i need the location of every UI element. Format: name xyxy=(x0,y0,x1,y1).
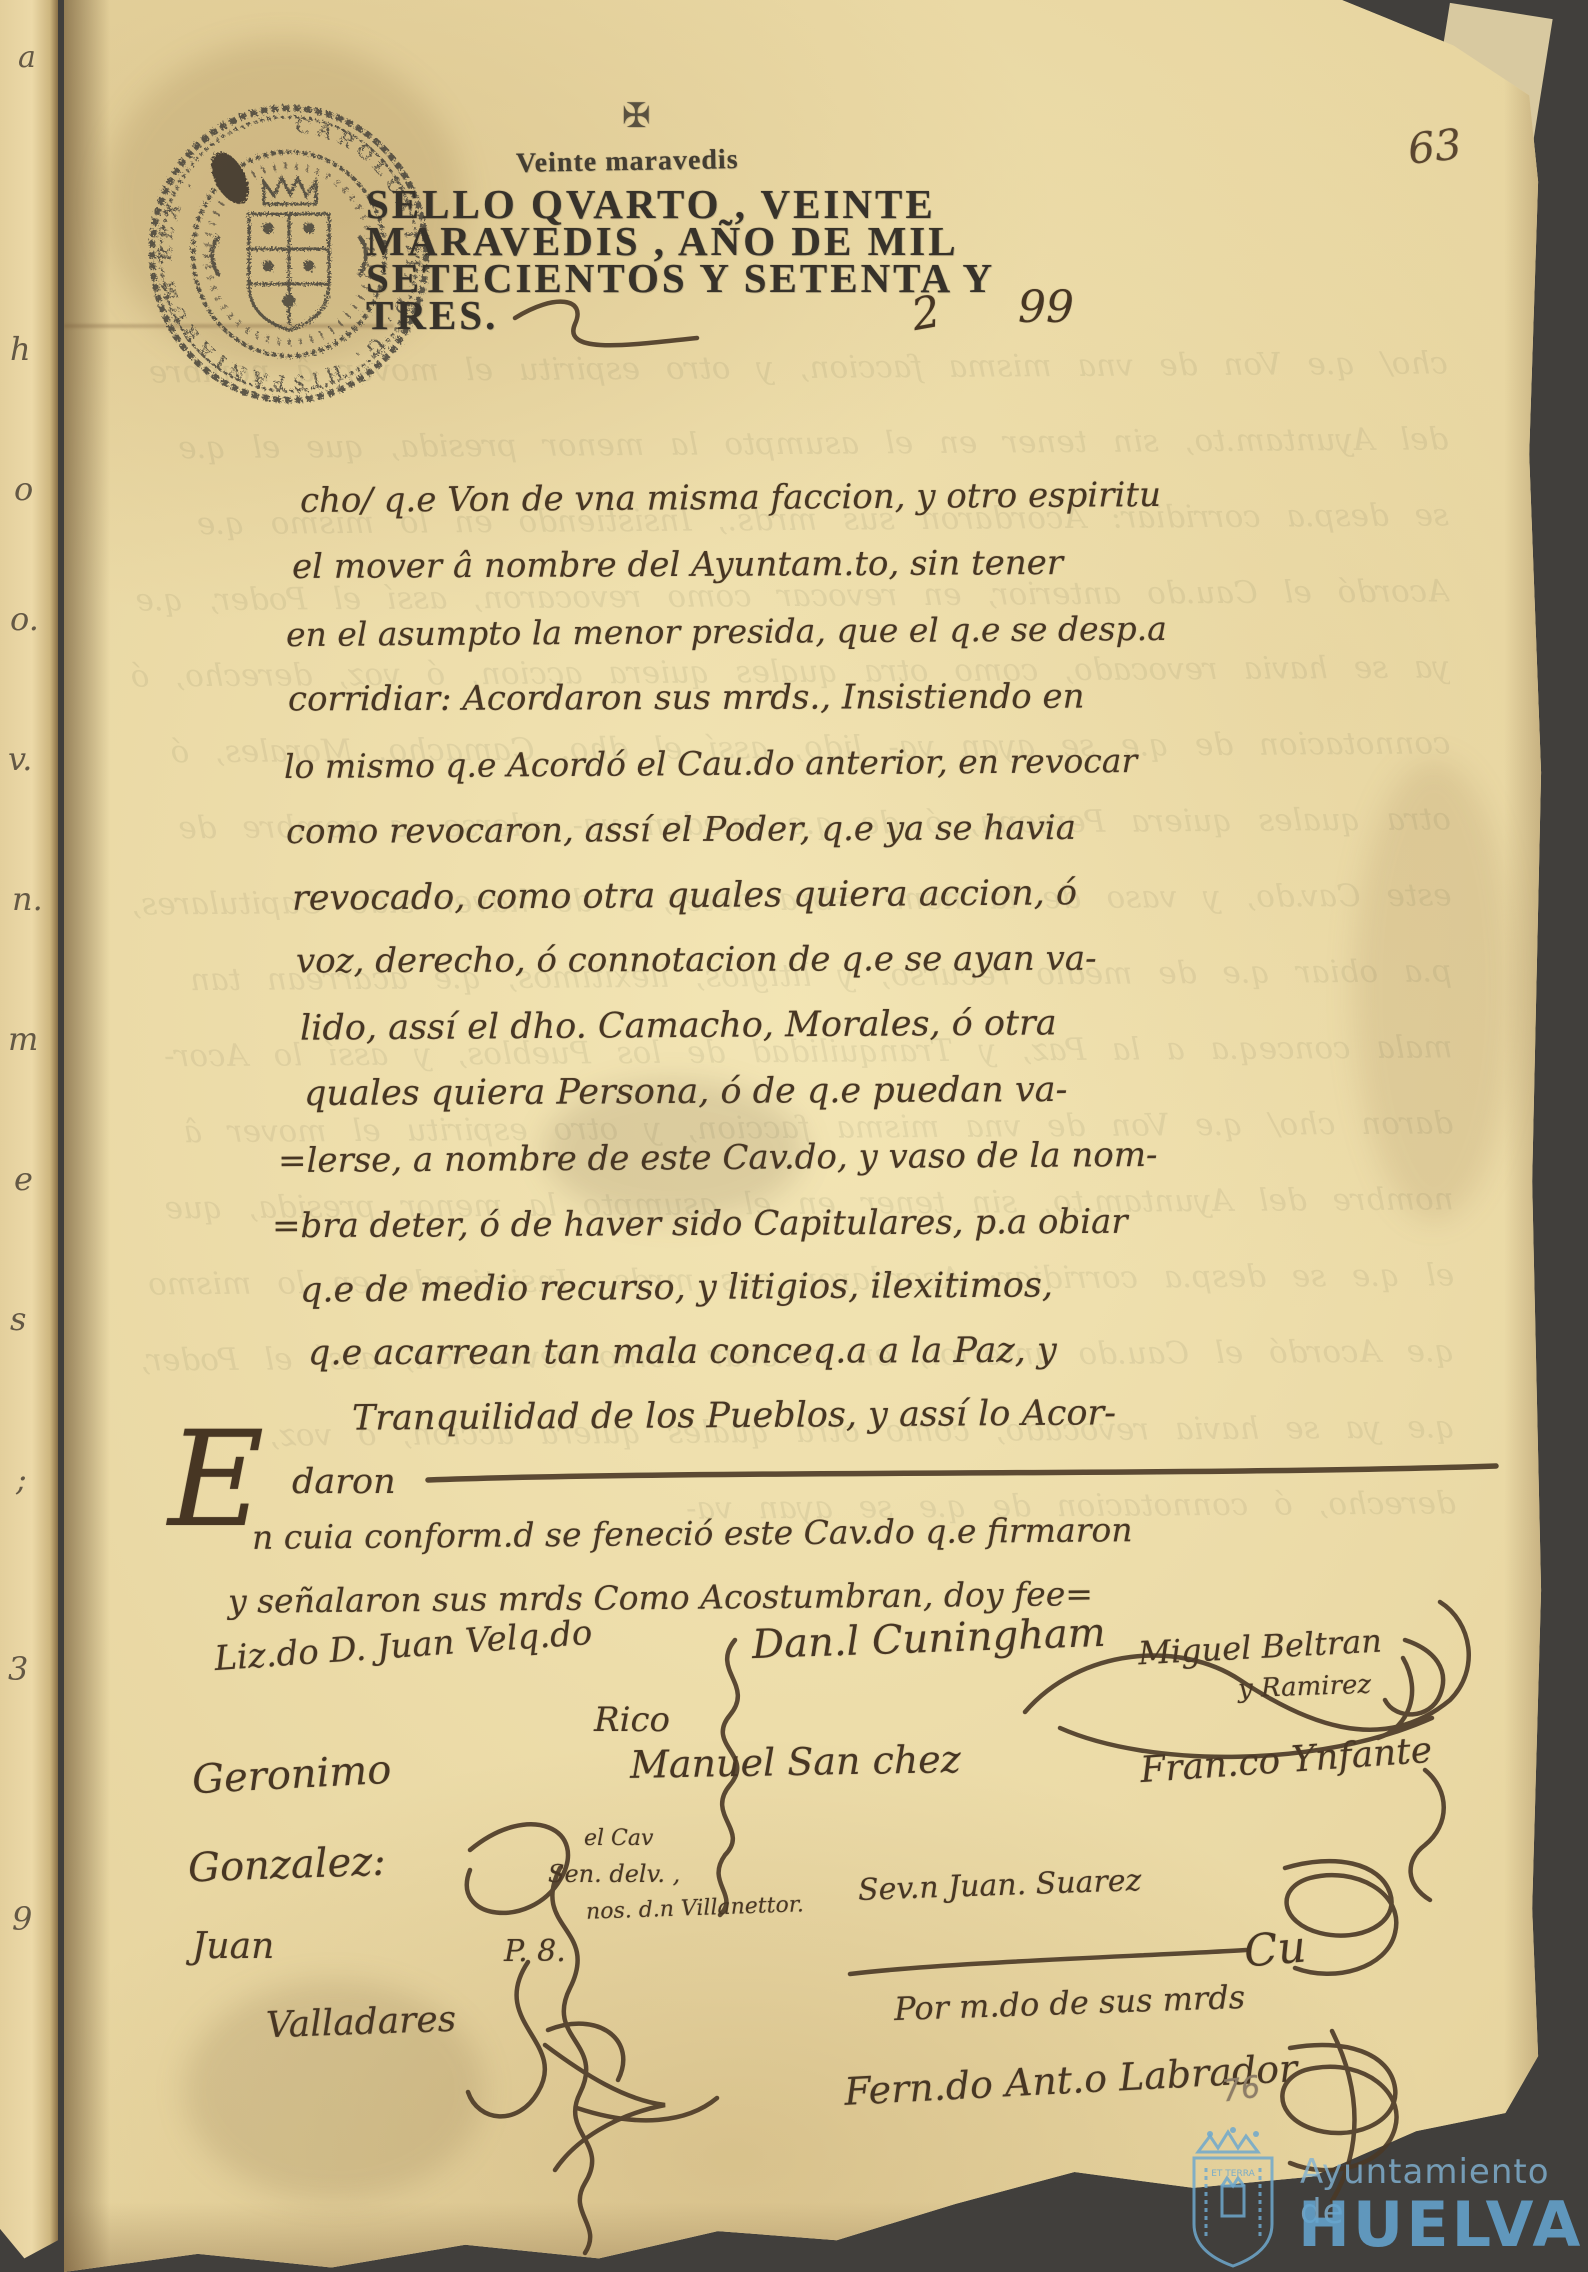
edge-text-fragment: o. xyxy=(10,600,39,638)
body-line: =lerse, a nombre de este Cav.do, y vaso … xyxy=(278,1135,1158,1181)
logo-crown xyxy=(1198,2132,1258,2152)
body-line: daron xyxy=(292,1462,396,1502)
printed-cross-mark: ✠ xyxy=(622,96,651,136)
signature-rico: Rico xyxy=(594,1700,670,1740)
closing-line: n cuia conform.d se feneció este Cav.do … xyxy=(252,1510,1133,1557)
body-line: Tranquilidad de los Pueblos, y assí lo A… xyxy=(352,1393,1116,1438)
edge-text-fragment: ; xyxy=(16,1460,27,1498)
edge-text-fragment: e xyxy=(14,1160,33,1198)
edge-text-fragment: v. xyxy=(8,740,32,778)
sello-line: TRES. xyxy=(366,297,995,334)
interlined-note: Sen. delv. , xyxy=(548,1860,680,1888)
pen-mark-cu: Cu xyxy=(1242,1921,1308,1977)
body-line: q.e acarrean tan mala conceq.a a la Paz,… xyxy=(308,1331,1057,1374)
logo-motto: ET TERRA xyxy=(1211,2169,1255,2179)
folio-number: 63 xyxy=(1406,119,1464,173)
watermark-text-line2: HUELVA xyxy=(1298,2188,1583,2261)
huelva-logo-shield: ET TERRA xyxy=(1178,2124,1288,2272)
signature-manuel-sanchez: Manuel San chez xyxy=(630,1737,961,1787)
edge-text-fragment: 3 xyxy=(8,1650,28,1688)
interlined-note: el Cav xyxy=(584,1826,653,1851)
body-line: voz, derecho, ó connotacion de q.e se ay… xyxy=(296,939,1097,982)
edge-text-fragment: n. xyxy=(12,880,43,918)
body-line: q.e de medio recurso, y litigios, ilexit… xyxy=(300,1265,1053,1310)
signature-gonzalez: Gonzalez: xyxy=(187,1839,386,1892)
scanned-manuscript-page: a h o o. v. n. m e s ; 3 9 cho/ q.e Von … xyxy=(0,0,1588,2272)
edge-text-fragment: s xyxy=(10,1300,26,1338)
right-edge-shadow xyxy=(1504,0,1550,2272)
body-line: en el asumpto la menor presida, que el q… xyxy=(286,609,1167,654)
printed-sello-heading: SELLO QVARTO , VEINTE MARAVEDIS , AÑO DE… xyxy=(366,186,995,334)
signature-valladares: Valladares xyxy=(265,1999,456,2047)
previous-page-edge: a h o o. v. n. m e s ; 3 9 xyxy=(0,0,58,2272)
huelva-archive-watermark: ET TERRA Ayuntamiento de HUELVA xyxy=(1086,2124,1566,2272)
edge-text-fragment: m xyxy=(8,1020,38,1058)
body-line: =bra deter, ó de haver sido Capitulares,… xyxy=(272,1202,1128,1246)
body-line: corridiar: Acordaron sus mrds., Insistie… xyxy=(288,677,1085,720)
body-line: como revocaron, assí el Poder, q.e ya se… xyxy=(286,808,1076,852)
body-line: quales quiera Persona, ó de q.e puedan v… xyxy=(304,1070,1068,1114)
edge-text-fragment: 9 xyxy=(12,1900,32,1938)
gutter-shadow xyxy=(64,0,110,2272)
archive-pencil-number: 76 xyxy=(1220,2070,1263,2110)
body-line: lido, assí el dho. Camacho, Morales, ó o… xyxy=(300,1003,1057,1048)
pen-mark: 99 xyxy=(1018,282,1074,333)
signature-juan: Juan xyxy=(192,1926,274,1967)
edge-text-fragment: h xyxy=(10,330,31,368)
edge-text-fragment: a xyxy=(18,40,36,75)
body-line: cho/ q.e Von de vna misma faccion, y otr… xyxy=(300,475,1161,521)
signature-beltran-2: y Ramirez xyxy=(1238,1670,1372,1705)
signature-p8-mark: P. 8. xyxy=(504,1934,566,1969)
body-line: lo mismo q.e Acordó el Cau.do anterior, … xyxy=(284,741,1137,786)
printed-tax-denomination: Veinte maravedis xyxy=(516,144,739,180)
body-line: el mover â nombre del Ayuntam.to, sin te… xyxy=(292,543,1063,587)
edge-text-fragment: o xyxy=(14,470,33,508)
body-line: revocado, como otra quales quiera accion… xyxy=(292,873,1077,918)
closing-initial-letter: E xyxy=(168,1430,264,1530)
seal-ink-blob xyxy=(204,146,257,210)
